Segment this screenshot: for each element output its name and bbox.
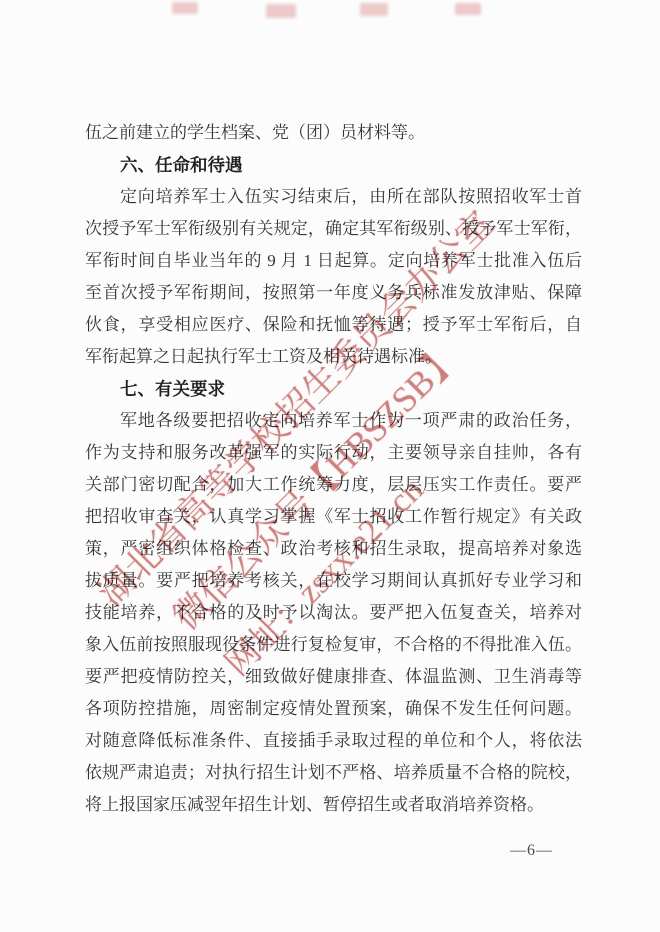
text-line: 依规严肃追责；对执行招生计划不严格、培养质量不合格的院校， [85, 757, 582, 789]
text-line: 次授予军士军衔级别有关规定，确定其军衔级别、授予军士军衔， [85, 213, 582, 245]
text-line: 军衔起算之日起执行军士工资及相关待遇标准。 [85, 341, 582, 373]
document-page: 伍之前建立的学生档案、党（团）员材料等。 六、任命和待遇 定向培养军士入伍实习结… [0, 0, 660, 932]
text-line: 军地各级要把招收定向培养军士作为一项严肃的政治任务， [85, 405, 582, 437]
text-line: 策，严密组织体格检查、政治考核和招生录取，提高培养对象选 [85, 533, 582, 565]
section-heading: 七、有关要求 [85, 373, 582, 405]
text-line: 把招收审查关，认真学习掌握《军士招收工作暂行规定》有关政 [85, 501, 582, 533]
text-line: 至首次授予军衔期间，按照第一年度义务兵标准发放津贴、保障 [85, 277, 582, 309]
text-line: 拔质量。要严把培养考核关，在校学习期间认真抓好专业学习和 [85, 565, 582, 597]
text-line: 将上报国家压减翌年招生计划、暂停招生或者取消培养资格。 [85, 789, 582, 821]
watermark-fragment [266, 4, 296, 18]
text-line: 象入伍前按照服现役条件进行复检复审，不合格的不得批准入伍。 [85, 629, 582, 661]
document-body: 伍之前建立的学生档案、党（团）员材料等。 六、任命和待遇 定向培养军士入伍实习结… [85, 117, 582, 821]
page-number: —6— [510, 842, 553, 860]
text-line: 各项防控措施，周密制定疫情处置预案，确保不发生任何问题。 [85, 693, 582, 725]
watermark-fragment [360, 3, 388, 16]
text-line: 定向培养军士入伍实习结束后，由所在部队按照招收军士首 [85, 181, 582, 213]
watermark-fragment [172, 2, 198, 14]
watermark-fragment [455, 3, 481, 15]
text-line: 要严把疫情防控关，细致做好健康排查、体温监测、卫生消毒等 [85, 661, 582, 693]
text-line: 作为支持和服务改革强军的实际行动，主要领导亲自挂帅，各有 [85, 437, 582, 469]
text-line: 伙食，享受相应医疗、保险和抚恤等待遇；授予军士军衔后，自 [85, 309, 582, 341]
text-line: 军衔时间自毕业当年的 9 月 1 日起算。定向培养军士批准入伍后 [85, 245, 582, 277]
text-line: 技能培养，不合格的及时予以淘汰。要严把入伍复查关，培养对 [85, 597, 582, 629]
text-line: 关部门密切配合，加大工作统筹力度，层层压实工作责任。要严 [85, 469, 582, 501]
text-line: 伍之前建立的学生档案、党（团）员材料等。 [85, 117, 582, 149]
text-line: 对随意降低标准条件、直接插手录取过程的单位和个人，将依法 [85, 725, 582, 757]
section-heading: 六、任命和待遇 [85, 149, 582, 181]
